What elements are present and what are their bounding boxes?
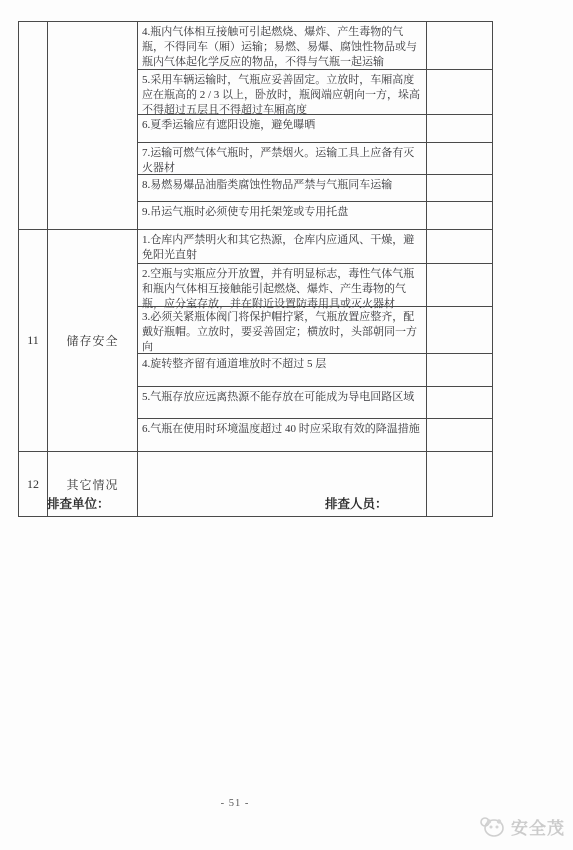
- item-text-cell: 8.易燃易爆品油脂类腐蚀性物品严禁与气瓶同车运输: [138, 175, 427, 202]
- check-cell: [427, 175, 492, 202]
- table-section: 4.瓶内气体相互接触可引起燃烧、爆炸、产生毒物的气瓶，不得同车（厢）运输；易燃、…: [19, 22, 492, 229]
- row-number-cell: 11: [19, 230, 48, 451]
- watermark-logo: 安全茂: [477, 814, 565, 839]
- category-cell: [48, 22, 138, 229]
- item-text-cell: 5.采用车辆运输时，气瓶应妥善固定。立放时，车厢高度应在瓶高的 2 / 3 以上…: [138, 70, 427, 114]
- watermark-text: 安全茂: [511, 814, 565, 839]
- item-row: 9.吊运气瓶时必须使专用托架笼或专用托盘: [138, 201, 492, 229]
- items-column: [138, 452, 492, 516]
- item-row: 4.旋转整齐留有通道堆放时不超过 5 层: [138, 353, 492, 386]
- check-cell: [427, 202, 492, 229]
- item-text-cell: 4.旋转整齐留有通道堆放时不超过 5 层: [138, 354, 427, 386]
- inspection-unit-label: 排查单位：: [47, 494, 110, 512]
- check-cell: [427, 452, 492, 516]
- check-cell: [427, 115, 492, 142]
- inspection-personnel-label: 排查人员：: [325, 494, 388, 512]
- row-number-cell: [19, 22, 48, 229]
- items-column: 1.仓库内严禁明火和其它热源，仓库内应通风、干燥，避免阳光直射2.空瓶与实瓶应分…: [138, 230, 492, 451]
- check-cell: [427, 70, 492, 114]
- item-text-cell: 9.吊运气瓶时必须使专用托架笼或专用托盘: [138, 202, 427, 229]
- item-row: 4.瓶内气体相互接触可引起燃烧、爆炸、产生毒物的气瓶，不得同车（厢）运输；易燃、…: [138, 22, 492, 69]
- item-text-cell: 3.必须关紧瓶体阀门将保护帽拧紧，气瓶放置应整齐，配戴好瓶帽。立放时，要妥善固定…: [138, 307, 427, 353]
- item-text-cell: 7.运输可燃气体气瓶时，严禁烟火。运输工具上应备有灭火器材: [138, 143, 427, 174]
- item-row: [138, 452, 492, 516]
- item-text-cell: 5.气瓶存放应远离热源不能存放在可能成为导电回路区域: [138, 387, 427, 419]
- category-cell: 储存安全: [48, 230, 138, 451]
- check-cell: [427, 307, 492, 353]
- item-text-cell: 1.仓库内严禁明火和其它热源，仓库内应通风、干燥，避免阳光直射: [138, 230, 427, 263]
- table-section: 11储存安全1.仓库内严禁明火和其它热源，仓库内应通风、干燥，避免阳光直射2.空…: [19, 229, 492, 451]
- item-row: 5.采用车辆运输时，气瓶应妥善固定。立放时，车厢高度应在瓶高的 2 / 3 以上…: [138, 69, 492, 114]
- items-column: 4.瓶内气体相互接触可引起燃烧、爆炸、产生毒物的气瓶，不得同车（厢）运输；易燃、…: [138, 22, 492, 229]
- item-text-cell: 6.气瓶在使用时环境温度超过 40 时应采取有效的降温措施: [138, 419, 427, 451]
- item-row: 8.易燃易爆品油脂类腐蚀性物品严禁与气瓶同车运输: [138, 174, 492, 202]
- item-text-cell: 4.瓶内气体相互接触可引起燃烧、爆炸、产生毒物的气瓶，不得同车（厢）运输；易燃、…: [138, 22, 427, 69]
- item-text-cell: 6.夏季运输应有遮阳设施，避免曝晒: [138, 115, 427, 142]
- check-cell: [427, 264, 492, 306]
- check-cell: [427, 387, 492, 419]
- check-cell: [427, 354, 492, 386]
- check-cell: [427, 419, 492, 451]
- check-cell: [427, 22, 492, 69]
- checklist-table: 4.瓶内气体相互接触可引起燃烧、爆炸、产生毒物的气瓶，不得同车（厢）运输；易燃、…: [18, 21, 493, 517]
- item-row: 3.必须关紧瓶体阀门将保护帽拧紧，气瓶放置应整齐，配戴好瓶帽。立放时，要妥善固定…: [138, 306, 492, 353]
- panda-icon: [477, 815, 507, 839]
- item-row: 6.夏季运输应有遮阳设施，避免曝晒: [138, 114, 492, 142]
- row-number-cell: 12: [19, 452, 48, 516]
- item-row: 5.气瓶存放应远离热源不能存放在可能成为导电回路区域: [138, 386, 492, 419]
- item-row: 2.空瓶与实瓶应分开放置，并有明显标志，毒性气体气瓶和瓶内气体相互接触能引起燃烧…: [138, 263, 492, 306]
- check-cell: [427, 230, 492, 263]
- item-row: 6.气瓶在使用时环境温度超过 40 时应采取有效的降温措施: [138, 418, 492, 451]
- item-row: 7.运输可燃气体气瓶时，严禁烟火。运输工具上应备有灭火器材: [138, 142, 492, 174]
- item-row: 1.仓库内严禁明火和其它热源，仓库内应通风、干燥，避免阳光直射: [138, 230, 492, 263]
- page-number: - 51 -: [195, 798, 275, 809]
- item-text-cell: 2.空瓶与实瓶应分开放置，并有明显标志，毒性气体气瓶和瓶内气体相互接触能引起燃烧…: [138, 264, 427, 306]
- check-cell: [427, 143, 492, 174]
- document-page: 4.瓶内气体相互接触可引起燃烧、爆炸、产生毒物的气瓶，不得同车（厢）运输；易燃、…: [0, 0, 573, 850]
